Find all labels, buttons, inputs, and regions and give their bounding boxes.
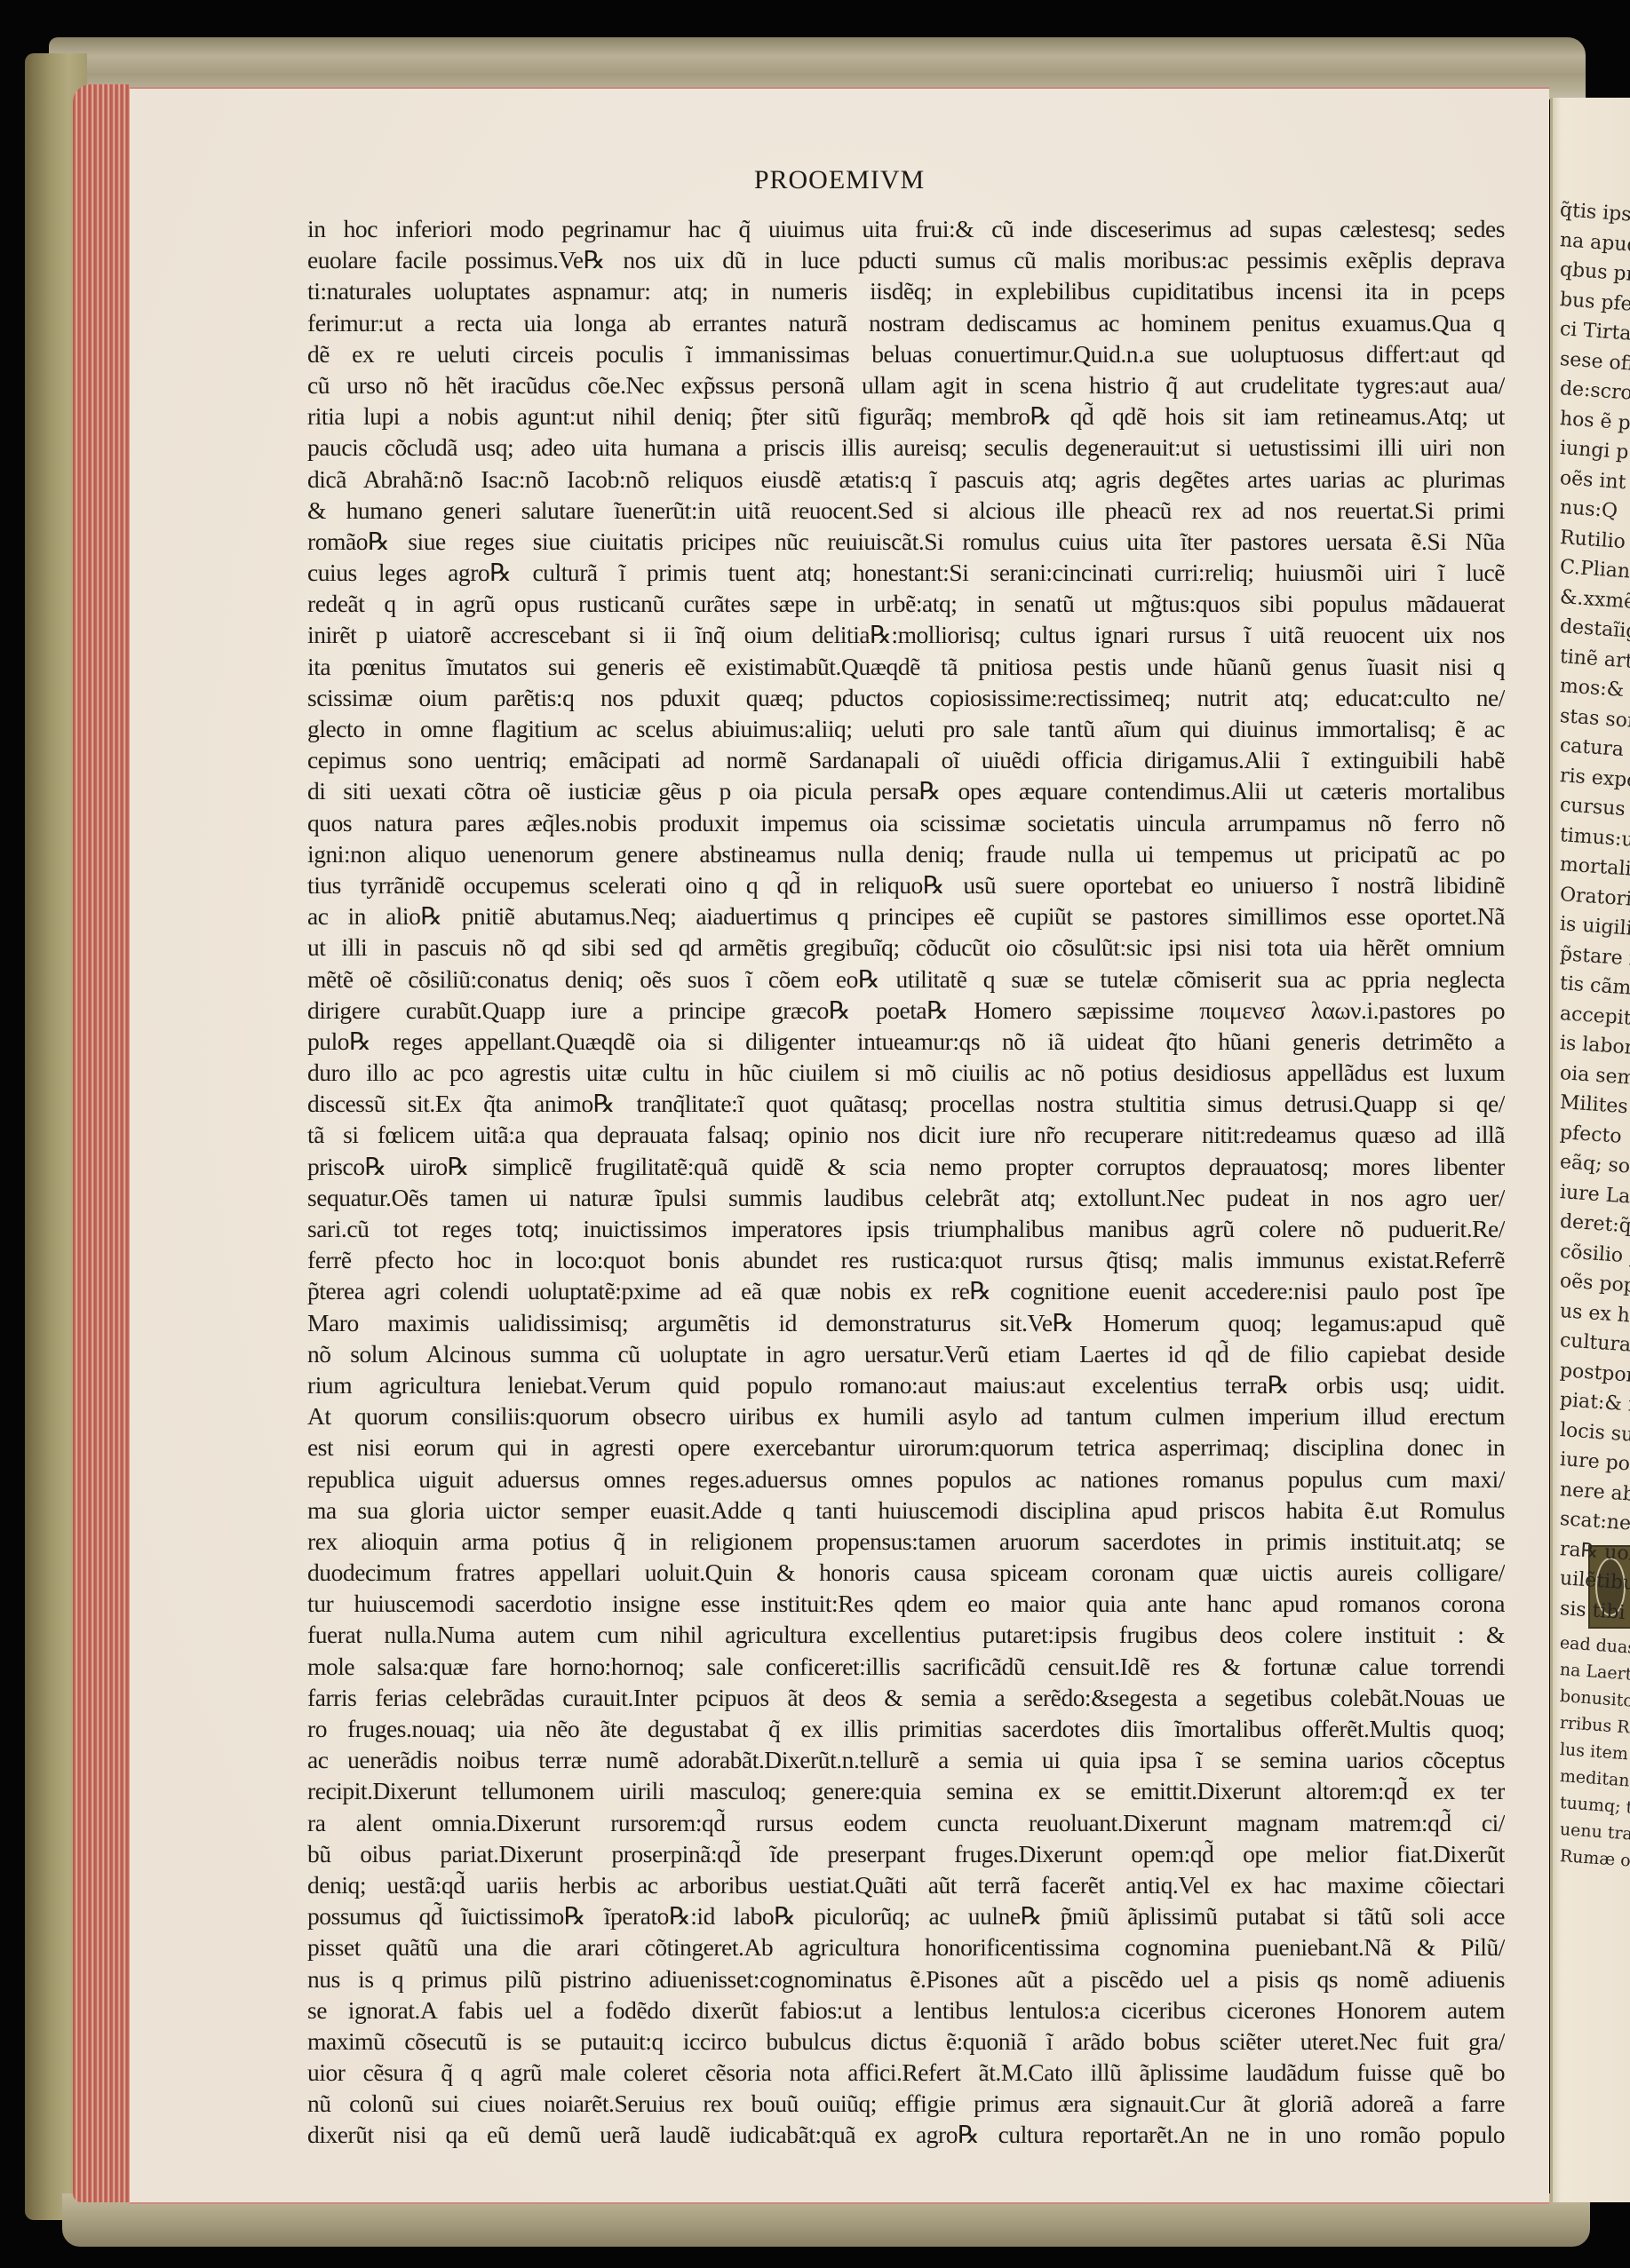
text-line: quos natura pares æq̃les.nobis produxit … (307, 807, 1505, 838)
text-line: pisset quãtũ una die arari cõtingeret.Ab… (307, 1931, 1505, 1963)
text-line: dixerũt nisi qa eũ demũ uerã laudẽ iudic… (307, 2119, 1505, 2150)
facing-page-text-fragment: de:scro (1559, 378, 1630, 405)
facing-page-text-fragment: mortalib (1559, 854, 1630, 882)
text-line: farris ferias celebrãdas curauit.Inter p… (307, 1682, 1505, 1713)
text-line: cũ urso nõ hẽt iracũdus cõe.Nec exp̃ssus… (307, 369, 1505, 400)
facing-page-text-fragment: q̃tis ipse (1559, 200, 1630, 226)
text-line: pulo℞ reges appellant.Quæqdẽ oia si dili… (307, 1026, 1505, 1057)
text-line: rium agricultura leniebat.Verum quid pop… (307, 1369, 1505, 1400)
text-line: cepimus sono uentriq; emãcipati ad normẽ… (307, 744, 1505, 775)
text-line: nũ colonũ sui ciues noiarẽt.Seruius rex … (307, 2088, 1505, 2119)
text-line: sequatur.Oẽs tamen ui naturæ ĩpulsi summ… (307, 1182, 1505, 1213)
text-line: recipit.Dixerunt tellumonem uirili mascu… (307, 1775, 1505, 1806)
text-line: & humano generi salutare ĩuenerũt:in uit… (307, 495, 1505, 526)
facing-page-text-fragment: nere absol (1559, 1479, 1630, 1508)
text-line: di siti uexati cõtra oẽ iusticiæ gẽus p … (307, 775, 1505, 806)
facing-page-text-fragment: oẽs popu (1559, 1271, 1630, 1298)
text-line: redeãt q in agrũ opus rusticanũ curãtes … (307, 588, 1505, 619)
text-line: mole salsa:quæ fare horno:hornoq; sale c… (307, 1651, 1505, 1682)
facing-page-text-fragment: accepit c (1559, 1003, 1630, 1031)
facing-page-text-fragment: tis cãm ĩ (1559, 973, 1630, 1001)
facing-page-text-fragment: timus:ue (1559, 825, 1630, 852)
facing-page-text-fragment: bonusito n (1559, 1685, 1630, 1713)
facing-page-text-fragment: ead duas n (1559, 1632, 1630, 1660)
text-line: tã si fœlicem uitã:a qua deprauata falsa… (307, 1119, 1505, 1150)
text-line: ritia lupi a nobis agunt:ut nihil deniq;… (307, 400, 1505, 432)
text-line: p̃terea agri colendi uoluptatẽ:pxime ad … (307, 1275, 1505, 1306)
text-line: nus is q primus pilũ pistrino adiuenisse… (307, 1963, 1505, 1994)
facing-page-text-fragment: p̃stare nõ (1559, 944, 1630, 971)
text-line: prisco℞ uiro℞ simplicẽ frugilitatẽ:quã q… (307, 1151, 1505, 1182)
facing-page-text-fragment: scat:nec de (1559, 1509, 1630, 1538)
text-line: inirẽt p uiatorẽ accrescebant si ii ĩnq̃… (307, 619, 1505, 650)
facing-page-text-fragment: postponẽ (1559, 1360, 1630, 1388)
facing-page-text-fragment: tuumq; tu (1559, 1792, 1630, 1820)
text-line: Maro maximis ualidissimisq; argumẽtis id… (307, 1307, 1505, 1338)
facing-page-text-fragment: iungi p (1559, 438, 1629, 464)
facing-page-text-fragment: cursus tp (1559, 795, 1630, 822)
red-page-edges (73, 84, 130, 2202)
text-line: glecto in omne flagitium ac scelus abiui… (307, 713, 1505, 744)
facing-page-text-fragment: oia sem (1559, 1063, 1630, 1090)
text-line: duodecimum fratres appellari uoluit.Quin… (307, 1557, 1505, 1588)
text-line: possumus qd̃ ĩuictissimo℞ ĩperato℞:id la… (307, 1900, 1505, 1931)
text-line: paucis cõcludã usq; adeo uita humana a p… (307, 432, 1505, 463)
text-line: dirigere curabũt.Quapp iure a principe g… (307, 995, 1505, 1026)
facing-page-edge: q̃tis ipsena apudqbus pribus pfecci Tirt… (1550, 98, 1630, 2202)
facing-page-text-fragment: rribus R c (1559, 1712, 1630, 1740)
facing-page-text-fragment: ris expoĩt (1559, 765, 1630, 793)
text-line: romão℞ siue reges siue ciuitatis pricipe… (307, 526, 1505, 557)
facing-page-text-fragment: stas sorde (1559, 706, 1630, 734)
facing-page-text-fragment: is uigiliis (1559, 914, 1630, 941)
facing-page-text-fragment: na apud (1559, 230, 1630, 257)
text-line: ac in alio℞ pnitiẽ abutamus.Neq; aiaduer… (307, 900, 1505, 932)
text-block: in hoc inferiori modo pegrinamur hac q̃ … (307, 213, 1505, 2151)
text-line: ferimur:ut a recta uia longa ab errantes… (307, 307, 1505, 338)
text-line: At quorum consiliis:quorum obsecro uirib… (307, 1400, 1505, 1431)
text-line: uior cẽsura q̃ q agrũ male coleret cẽsor… (307, 2057, 1505, 2088)
text-line: dẽ ex re ueluti circeis poculis ĩ immani… (307, 338, 1505, 369)
text-line: ita pœnitus ĩmutatos sui generis eẽ exis… (307, 651, 1505, 682)
text-line: fuerat nulla.Numa autem cum nihil agricu… (307, 1619, 1505, 1650)
text-line: ti:naturales uoluptates aspnamur: atq; i… (307, 275, 1505, 306)
text-line: ro fruges.nouaq; uia nẽo ãte degustabat … (307, 1713, 1505, 1744)
facing-page-text-fragment: oẽs int (1559, 468, 1626, 494)
facing-page-text-fragment: qbus pri (1559, 259, 1630, 286)
facing-page-text-fragment: catura ipl (1559, 735, 1630, 763)
text-line: est nisi eorum qui in agresti opere exer… (307, 1431, 1505, 1463)
facing-page-text-fragment: locis suisq (1559, 1420, 1630, 1448)
text-line: ut illi in pascuis nõ qd sibi sed qd arm… (307, 932, 1505, 963)
facing-page-text-fragment: bus pfec (1559, 289, 1630, 317)
facing-page-text-fragment: uenu tracta (1559, 1819, 1630, 1847)
text-line: euolare facile possimus.Ve℞ nos uix dũ i… (307, 244, 1505, 275)
facing-page-text-fragment: hos ẽ p (1559, 408, 1630, 435)
facing-page-text-fragment: na Laerten (1559, 1659, 1630, 1686)
text-line: nõ solum Alcinous summa cũ uoluptate in … (307, 1338, 1505, 1369)
facing-page-text-fragment: eãq; sola (1559, 1152, 1630, 1179)
facing-page-text-fragment: C.Plian (1559, 557, 1630, 583)
facing-page-text-fragment: iure possi (1559, 1449, 1630, 1478)
facing-page-text-fragment: cõsilio pã (1559, 1241, 1630, 1269)
text-line: sari.cũ tot reges totq; inuictissimos im… (307, 1213, 1505, 1244)
text-line: tur huiuscemodi sacerdotio insigne esse … (307, 1588, 1505, 1619)
text-line: dicã Abrahã:nõ Isac:nõ Iacob:nõ reliquos… (307, 464, 1505, 495)
printed-page: PROOEMIVM in hoc inferiori modo pegrinam… (130, 87, 1549, 2204)
facing-page-text-fragment: iure Lau (1559, 1182, 1630, 1209)
facing-page-text-fragment: meditandar (1559, 1765, 1630, 1794)
facing-page-text-fragment: Rumæ oriu (1559, 1845, 1630, 1873)
text-line: rex alioquin arma potius q̃ in religione… (307, 1526, 1505, 1557)
text-line: ferrẽ pfecto hoc in loco:quot bonis abun… (307, 1244, 1505, 1275)
text-line: mẽtẽ oẽ cõsiliũ:conatus deniq; oẽs suos … (307, 964, 1505, 995)
facing-page-text-fragment: deret:q̃u (1559, 1211, 1630, 1239)
facing-page-text-fragment: lus item qu (1559, 1739, 1630, 1766)
text-line: cuius leges agro℞ culturã ĩ primis tuent… (307, 557, 1505, 588)
text-line: scissimæ oium parẽtis:q nos pduxit quæq;… (307, 682, 1505, 713)
facing-page-text-fragment: tinẽ arti (1559, 646, 1630, 673)
facing-page-text-fragment: pfecto (1559, 1122, 1622, 1148)
facing-page-text-fragment: destaĩig (1559, 616, 1630, 643)
text-line: ra alent omnia.Dixerunt rursorem:qd̃ rur… (307, 1807, 1505, 1838)
facing-page-text-fragment: is labori (1559, 1033, 1630, 1059)
text-line: se ignorat.A fabis uel a fodẽdo dixerũt … (307, 1994, 1505, 2026)
facing-page-text-fragment: us ex his q (1559, 1301, 1630, 1329)
facing-page-text-fragment: Milites (1559, 1092, 1628, 1118)
facing-page-text-fragment: cultura de (1559, 1330, 1630, 1359)
text-line: bũ oibus pariat.Dixerunt proserpinã:qd̃ … (307, 1838, 1505, 1869)
text-line: igni:non aliquo uenenorum genere abstine… (307, 838, 1505, 869)
facing-page-text-fragment: ra℞ uolu (1559, 1539, 1630, 1566)
text-line: duro illo ac pco agrestis uitæ cultu in … (307, 1057, 1505, 1088)
facing-page-text-fragment: piat:& ru (1559, 1390, 1630, 1417)
text-line: in hoc inferiori modo pegrinamur hac q̃ … (307, 213, 1505, 244)
text-line: discessũ sit.Ex q̃ta animo℞ tranq̃litate… (307, 1088, 1505, 1119)
facing-page-text-fragment: sese offe (1559, 349, 1630, 377)
facing-page-text-fragment: mos:& p (1559, 676, 1630, 702)
facing-page-text-fragment: ci Tirta (1559, 319, 1630, 345)
text-line: maximũ cõsecutũ is se putauit:q iccirco … (307, 2026, 1505, 2057)
text-line: republica uiguit aduersus omnes reges.ad… (307, 1463, 1505, 1495)
text-line: ma sua gloria uictor semper euasit.Adde … (307, 1495, 1505, 1526)
text-line: ac uenerãdis noibus terræ numẽ adorabãt.… (307, 1744, 1505, 1775)
text-line: tius tyrrãnidẽ occupemus scelerati oino … (307, 869, 1505, 900)
text-line: deniq; uestã:qd̃ uariis herbis ac arbori… (307, 1869, 1505, 1900)
facing-page-text-fragment: nus:Q (1559, 497, 1618, 522)
facing-page-text-fragment: &.xxmẽ (1559, 587, 1630, 614)
facing-page-text-fragment: Oratoria (1559, 884, 1630, 912)
facing-page-text-fragment: Rutilio (1559, 527, 1626, 553)
running-head: PROOEMIVM (130, 165, 1549, 195)
